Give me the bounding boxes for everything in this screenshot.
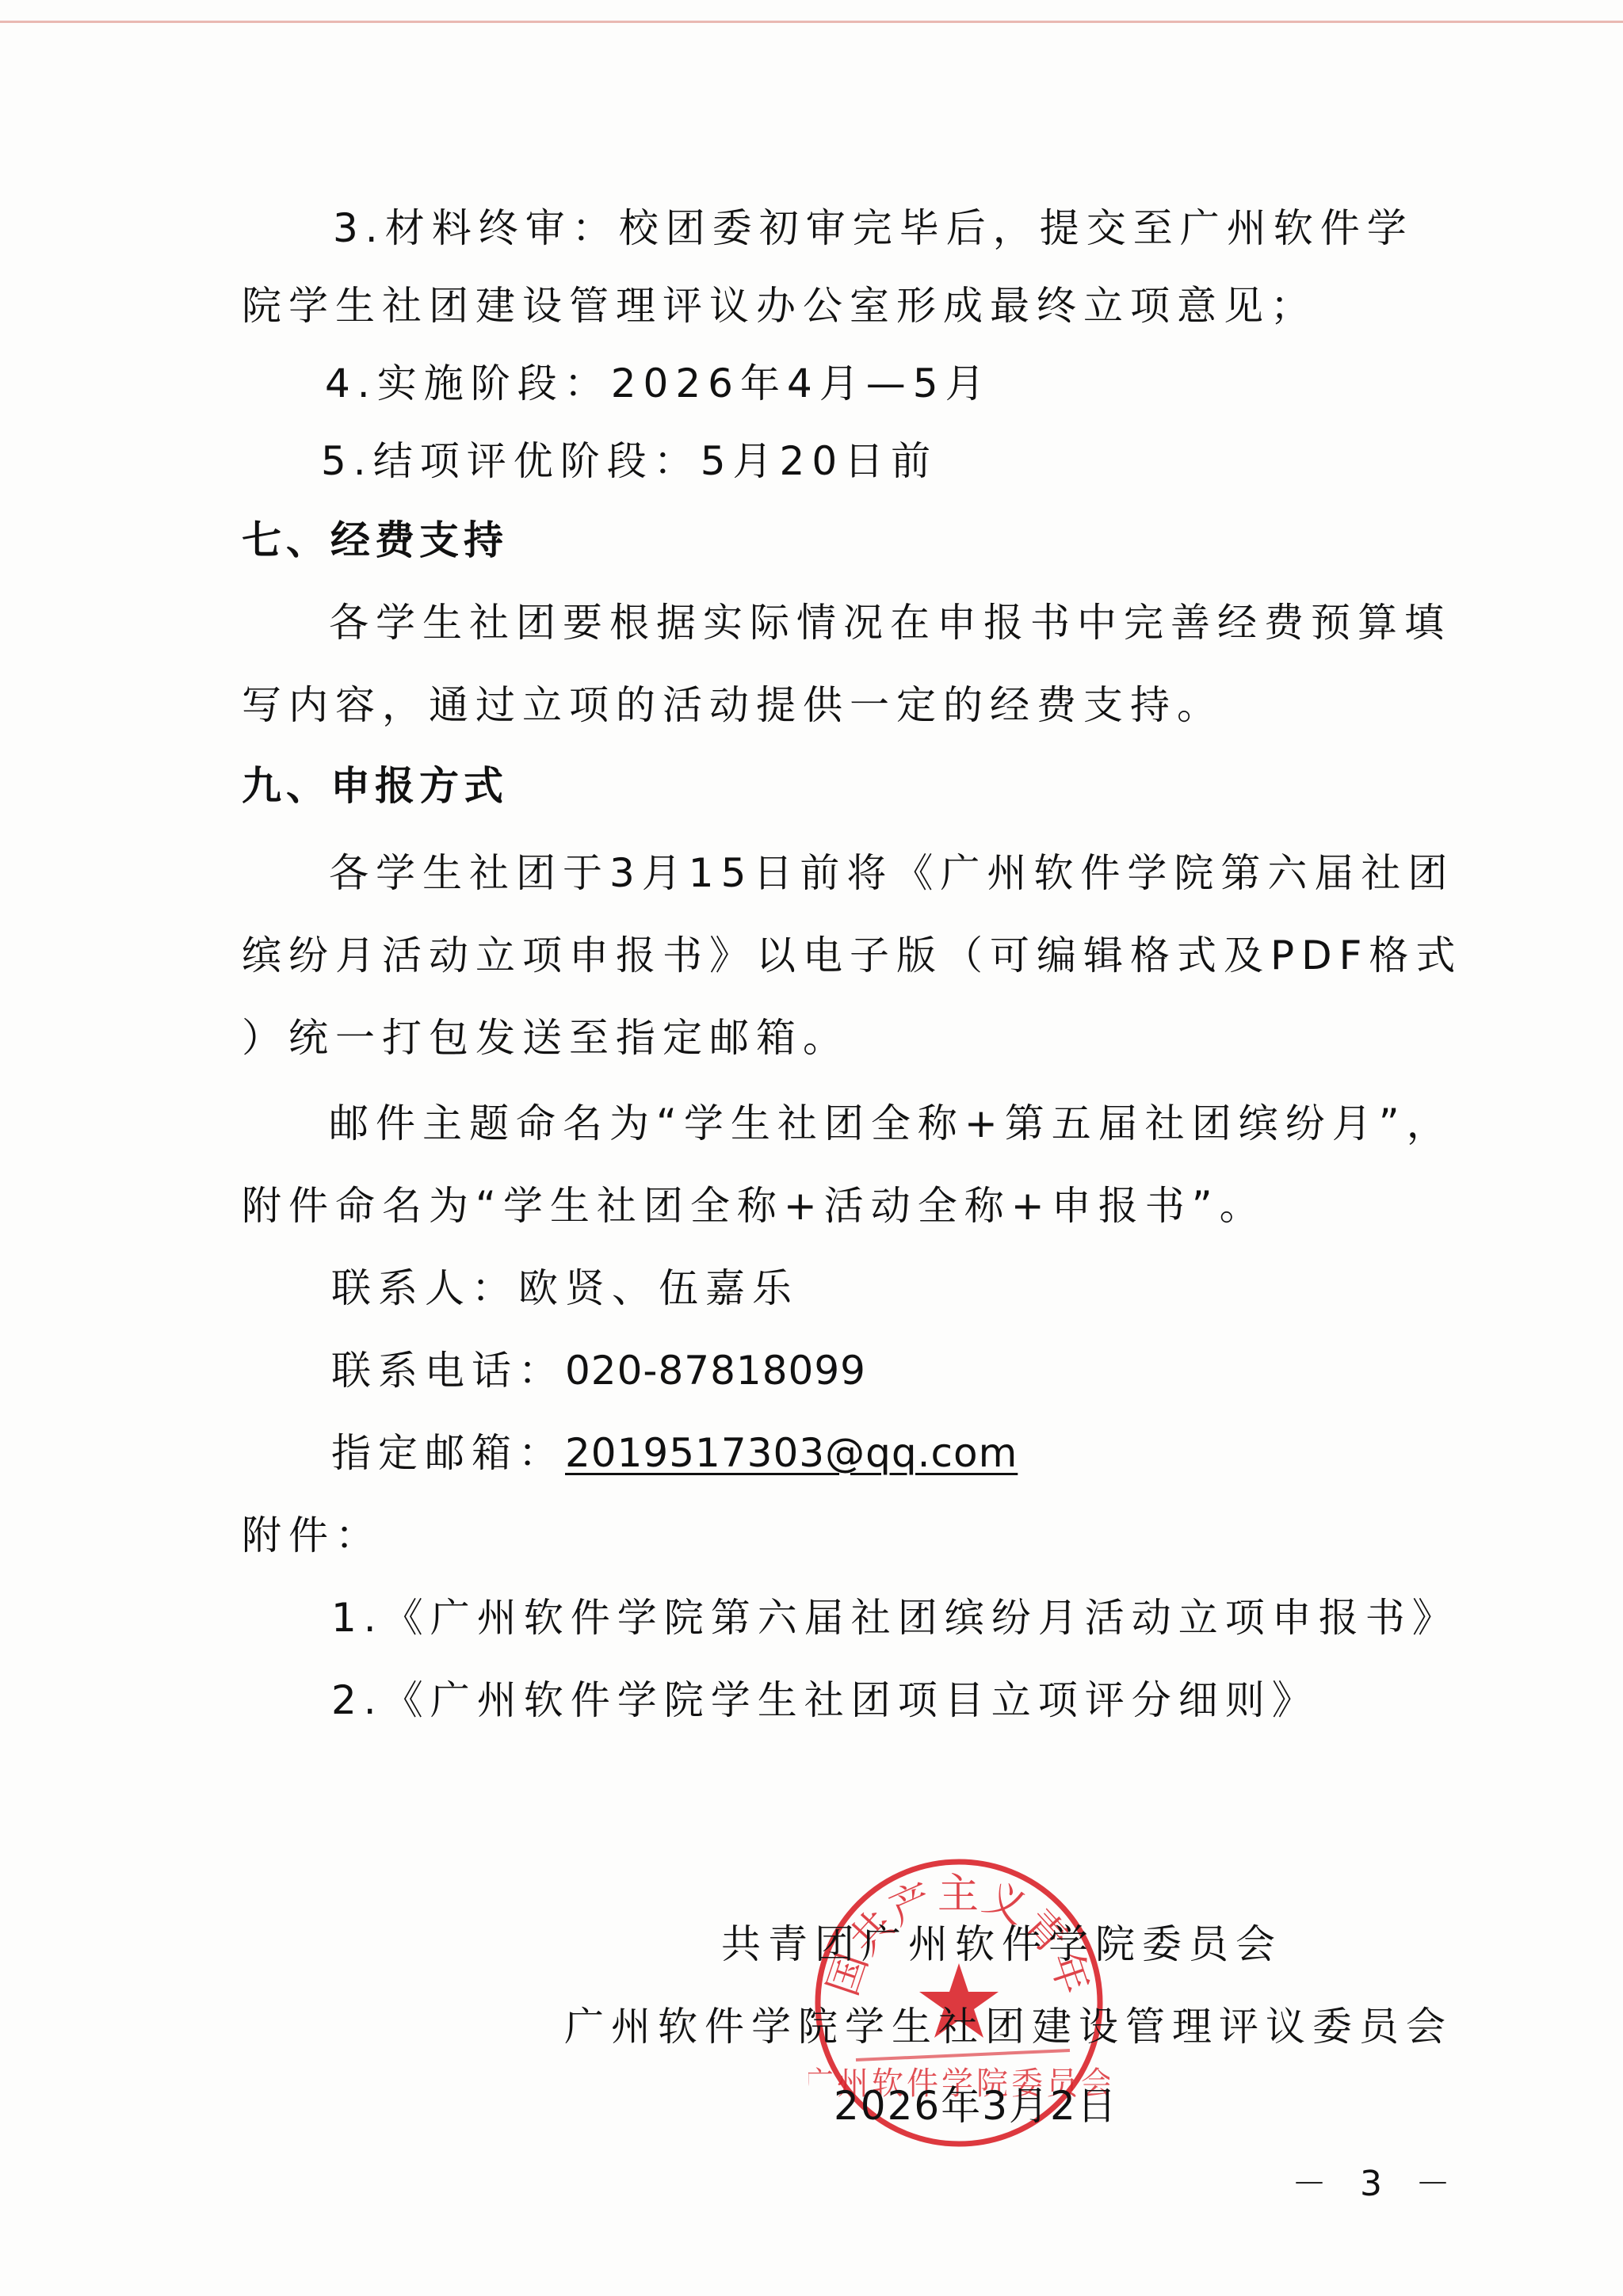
heading-application-method: 九、申报方式 (242, 762, 508, 810)
attachments-label: 附件： (242, 1512, 382, 1559)
email-label: 指定邮箱： (331, 1430, 565, 1476)
contact-phone: 联系电话：020-87818099 (331, 1347, 866, 1394)
funding-para-line2: 写内容，通过立项的活动提供一定的经费支持。 (242, 681, 1224, 729)
designated-email: 指定邮箱：2019517303@qq.com (331, 1429, 1018, 1477)
application-para2-line1: 邮件主题命名为“学生社团全称+第五届社团缤纷月”， (329, 1100, 1453, 1147)
application-para1-line1: 各学生社团于3月15日前将《广州软件学院第六届社团 (329, 849, 1454, 897)
contact-person: 联系人：欧贤、伍嘉乐 (331, 1264, 799, 1312)
application-para1-line2: 缤纷月活动立项申报书》以电子版（可编辑格式及PDF格式 (242, 932, 1462, 979)
application-para2-line2: 附件命名为“学生社团全称+活动全称+申报书”。 (242, 1182, 1266, 1230)
document-page: 3.材料终审：校团委初审完毕后，提交至广州软件学 院学生社团建设管理评议办公室形… (0, 0, 1623, 2296)
attachment-item-2: 2.《广州软件学院学生社团项目立项评分细则》 (331, 1676, 1319, 1724)
item4-implementation-stage: 4.实施阶段：2026年4月—5月 (325, 360, 992, 407)
contact-label: 联系人： (331, 1265, 518, 1311)
scan-top-edge (0, 21, 1623, 23)
phone-label: 联系电话： (331, 1348, 565, 1394)
heading-funding-support: 七、经费支持 (242, 517, 508, 564)
signature-org-1: 共青团广州软件学院委员会 (721, 1920, 1282, 1968)
page-number: － 3 － (1292, 2155, 1461, 2206)
application-para1-line3: ）统一打包发送至指定邮箱。 (242, 1014, 850, 1062)
funding-para-line1: 各学生社团要根据实际情况在申报书中完善经费预算填 (329, 599, 1451, 646)
signature-date: 2026年3月2日 (834, 2082, 1118, 2130)
signature-org-2: 广州软件学院学生社团建设管理评议委员会 (564, 2003, 1453, 2050)
contact-value: 欧贤、伍嘉乐 (518, 1265, 799, 1311)
phone-value: 020-87818099 (565, 1348, 866, 1394)
email-link[interactable]: 2019517303@qq.com (565, 1430, 1018, 1476)
item5-evaluation-stage: 5.结项评优阶段：5月20日前 (321, 437, 938, 485)
item3-line2: 院学生社团建设管理评议办公室形成最终立项意见； (242, 282, 1317, 330)
item3-line1: 3.材料终审：校团委初审完毕后，提交至广州软件学 (333, 204, 1414, 252)
attachment-item-1: 1.《广州软件学院第六届社团缤纷月活动立项申报书》 (331, 1594, 1459, 1642)
